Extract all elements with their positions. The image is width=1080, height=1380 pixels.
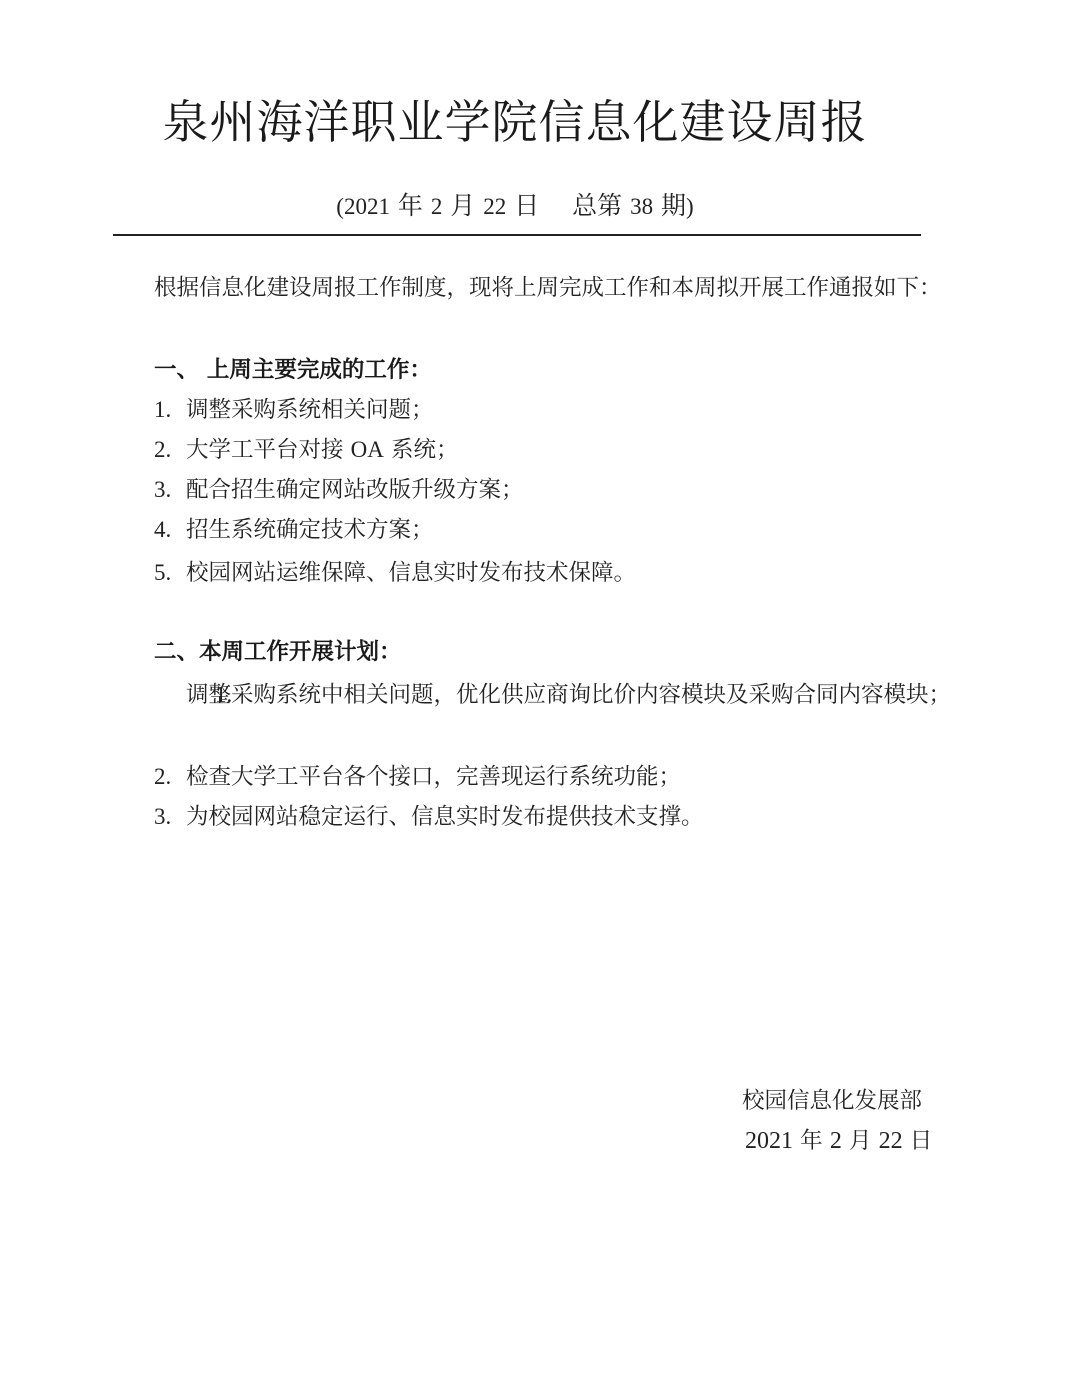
completed-item-1: 1.调整采购系统相关问题；: [154, 390, 434, 430]
signature-year-char: 年: [793, 1128, 830, 1154]
item-number: 3.: [154, 797, 186, 837]
item-text-latin: OA: [351, 437, 384, 462]
signature-day-char: 日: [903, 1128, 933, 1154]
item-text-after: 系统；: [384, 437, 459, 463]
signature-month: 2: [830, 1128, 842, 1154]
issue-year-char: 年: [390, 191, 431, 220]
completed-item-5: 5.校园网站运维保障、信息实时发布技术保障。: [154, 553, 636, 593]
issue-close-paren: ): [686, 194, 694, 219]
item-number: 1.: [154, 390, 186, 430]
issue-day-char: 日 总第: [506, 191, 630, 220]
issue-number: 38: [630, 194, 653, 219]
item-number: 4.: [154, 510, 186, 550]
intro-paragraph: 根据信息化建设周报工作制度，现将上周完成工作和本周拟开展工作通报如下：: [93, 268, 993, 308]
signature-day: 22: [879, 1128, 903, 1154]
header-divider: [113, 234, 921, 236]
plan-item-3: 3.为校园网站稳定运行、信息实时发布提供技术支撑。: [154, 797, 704, 837]
signature-month-char: 月: [842, 1128, 879, 1154]
issue-month-char: 月: [442, 191, 483, 220]
item-text: 检查大学工平台各个接口，完善现运行系统功能；: [186, 764, 681, 790]
issue-month: 2: [431, 194, 443, 219]
signature-date: 2021 年 2 月 22 日: [745, 1122, 932, 1160]
item-text: 调整采购系统相关问题；: [186, 397, 434, 423]
issue-day: 22: [483, 194, 506, 219]
item-number: 1.: [154, 675, 186, 715]
item-text: 校园网站运维保障、信息实时发布技术保障。: [186, 560, 636, 586]
completed-item-4: 4.招生系统确定技术方案；: [154, 510, 434, 550]
item-text: 为校园网站稳定运行、信息实时发布提供技术支撑。: [186, 804, 704, 830]
item-text: 调整采购系统中相关问题，优化供应商询比价内容模块及采购合同内容模块；: [186, 682, 951, 708]
item-text: 配合招生确定网站改版升级方案；: [186, 477, 524, 503]
plan-item-1: 1.调整采购系统中相关问题，优化供应商询比价内容模块及采购合同内容模块；: [93, 675, 993, 715]
plan-item-2: 2.检查大学工平台各个接口，完善现运行系统功能；: [154, 757, 681, 797]
issue-open-paren: (: [336, 194, 344, 219]
item-text: 招生系统确定技术方案；: [186, 517, 434, 543]
issue-line: (2021 年 2 月 22 日 总第 38 期): [0, 186, 1030, 227]
signature-department: 校园信息化发展部: [742, 1082, 922, 1120]
signature-year: 2021: [745, 1128, 793, 1154]
section-heading-plan: 二、本周工作开展计划：: [154, 632, 402, 672]
item-number: 2.: [154, 757, 186, 797]
item-number: 5.: [154, 553, 186, 593]
issue-year: 2021: [344, 194, 390, 219]
item-number: 2.: [154, 430, 186, 470]
item-text-before: 大学工平台对接: [186, 437, 351, 463]
issue-number-char: 期: [653, 191, 686, 220]
completed-item-3: 3.配合招生确定网站改版升级方案；: [154, 470, 524, 510]
section-heading-completed: 一、 上周主要完成的工作：: [154, 350, 432, 390]
completed-item-2: 2.大学工平台对接 OA 系统；: [154, 430, 459, 470]
item-number: 3.: [154, 470, 186, 510]
document-title: 泉州海洋职业学院信息化建设周报: [0, 92, 1030, 152]
